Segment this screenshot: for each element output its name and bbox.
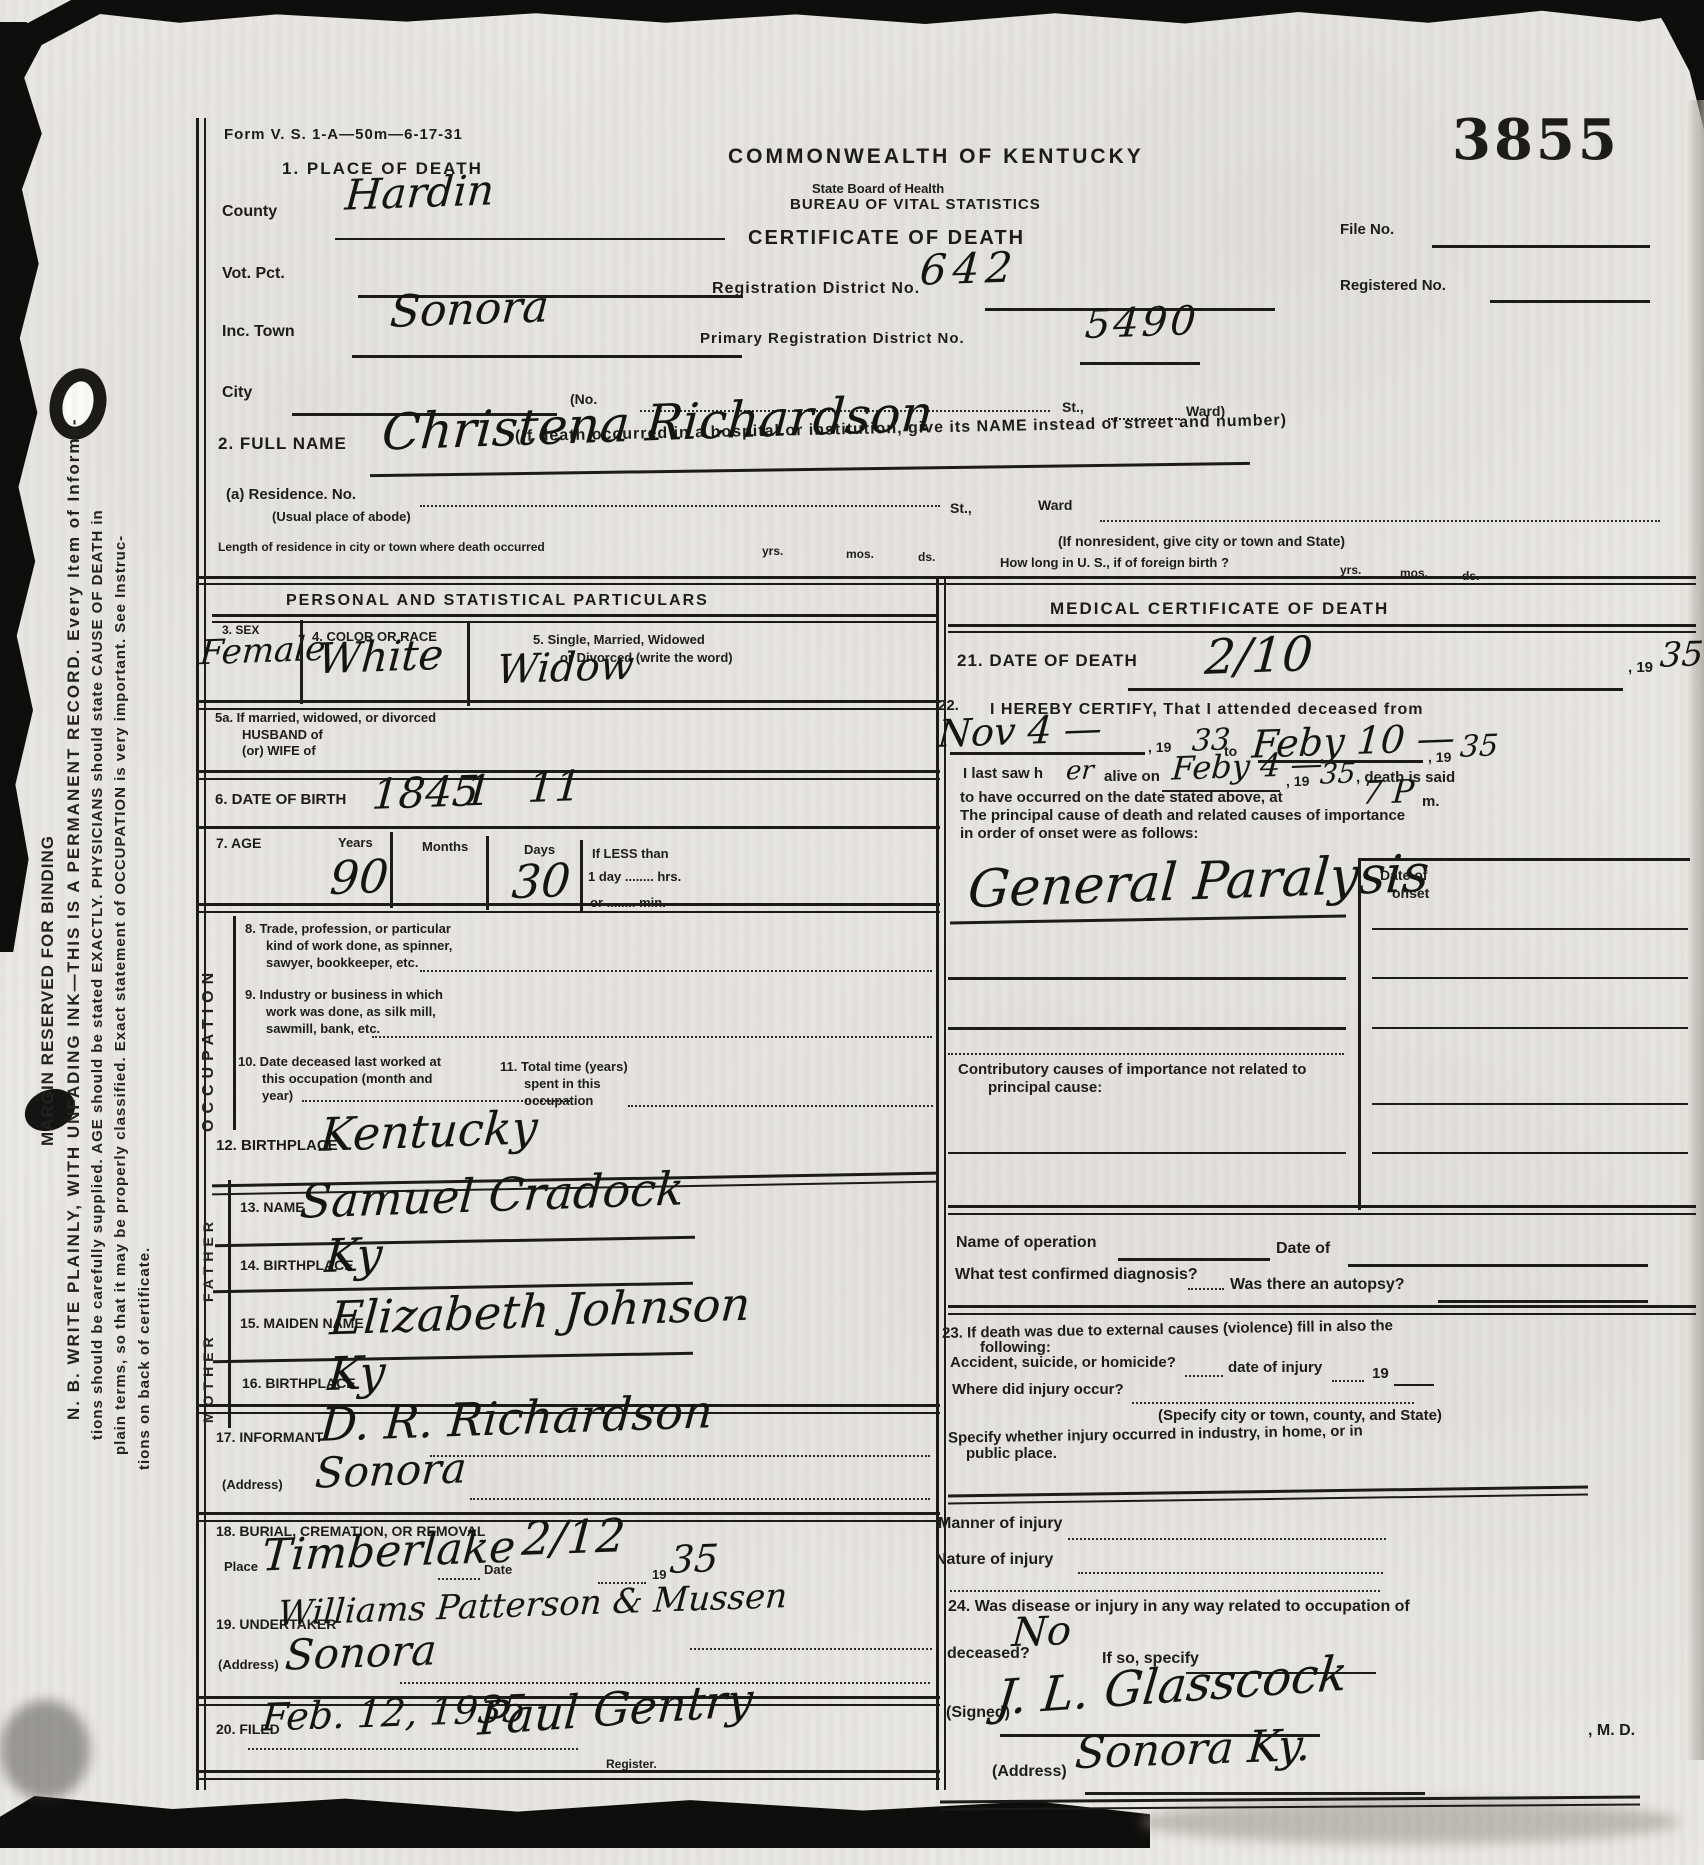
undertaker-address-value: Sonora: [284, 1629, 438, 1676]
right-title-rule-2: [948, 631, 1696, 633]
mother-birthplace-value: Ky: [326, 1349, 387, 1397]
scan-corner-smudge: [0, 1700, 90, 1800]
occupation-cell-divider: [233, 916, 236, 1130]
item8-line-3: sawyer, bookkeeper, etc.: [266, 956, 418, 970]
m-label: m.: [1422, 794, 1440, 811]
date-injury-label: date of injury: [1228, 1360, 1322, 1377]
attended-from-value: Nov 4 —: [937, 709, 1104, 753]
age-days-value: 30: [510, 857, 572, 905]
undertaker-dotted: [690, 1648, 932, 1650]
scan-top-edge: [82, 0, 1704, 24]
father-name-label: 13. NAME: [240, 1200, 305, 1215]
dob-month-value: 1: [464, 769, 494, 812]
manner-injury-dotted: [1068, 1538, 1386, 1540]
death-time-value: 7 P: [1361, 775, 1415, 809]
color-marital-divider: [467, 622, 470, 706]
primary-reg-value: 5490: [1084, 301, 1201, 345]
date-of-death-label: 21. DATE OF DEATH: [957, 652, 1138, 671]
residence-dotted-line: [420, 505, 940, 507]
form-number: Form V. S. 1-A—50m—6-17-31: [224, 127, 463, 144]
onset-seg-5: [1372, 1152, 1688, 1154]
registered-no-line: [1490, 300, 1650, 303]
item9-line-3: sawmill, bank, etc.: [266, 1022, 380, 1036]
age-divider-3: [580, 840, 583, 912]
column-divider-inner: [944, 578, 946, 1790]
item9-dotted-line: [372, 1036, 932, 1038]
nature-extra-dotted: [950, 1590, 1380, 1592]
age-divider-2: [486, 836, 489, 910]
full-name-value: Christena Richardson: [380, 388, 934, 457]
autopsy-line: [1438, 1300, 1648, 1303]
father-name-value: Samuel Cradock: [299, 1165, 686, 1225]
city-label: City: [222, 384, 252, 402]
item8-line-2: kind of work done, as spinner,: [266, 939, 452, 953]
margin-note-line-2: tions should be carefully supplied. AGE …: [89, 165, 106, 1440]
county-value: Hardin: [344, 169, 496, 216]
informant-dotted-line: [430, 1455, 930, 1457]
burial-date-value: 2/12: [520, 1512, 626, 1562]
principal-cause-text-2: in order of onset were as follows:: [960, 826, 1198, 843]
item5a-line-3: (or) WIFE of: [242, 744, 316, 758]
item11-line-2: spent in this: [524, 1077, 601, 1091]
specify-text-1: Specify whether injury occurred in indus…: [948, 1423, 1363, 1447]
father-name-rule: [215, 1236, 695, 1247]
county-line: [335, 238, 725, 240]
scan-left-torn-edge: [0, 22, 44, 952]
autopsy-rule-1: [948, 1305, 1696, 1308]
her-overwrite: er: [1065, 757, 1095, 784]
nonresident-dotted-line: [1100, 520, 1660, 522]
occurred-text: to have occurred on the date stated abov…: [960, 790, 1283, 807]
informant-value: D. R. Richardson: [319, 1388, 715, 1448]
injury-19-label: 19: [1372, 1366, 1389, 1383]
color-race-value: White: [317, 634, 445, 681]
row3-rule-1: [196, 700, 940, 703]
specify-city-note: (Specify city or town, county, and State…: [1158, 1408, 1442, 1425]
age-rule-1: [196, 903, 940, 906]
test-label: What test confirmed diagnosis?: [955, 1266, 1198, 1284]
nonresident-note: (If nonresident, give city or town and S…: [1058, 534, 1345, 549]
from-19-label: , 19: [1148, 740, 1171, 755]
nature-injury-label: Nature of injury: [935, 1551, 1053, 1569]
date-of-death-value: 2/10: [1203, 630, 1314, 682]
date-of-label: Date of: [1276, 1240, 1330, 1258]
item10-line-3: year): [262, 1089, 293, 1103]
form-bottom-rule-left-1: [196, 1770, 940, 1773]
mother-maiden-value: Elizabeth Johnson: [329, 1281, 752, 1342]
register-label: Register.: [606, 1758, 657, 1771]
column-divider-outer: [936, 578, 939, 1790]
manner-injury-label: Manner of injury: [938, 1515, 1062, 1533]
date-injury-dotted: [1332, 1380, 1364, 1382]
onset-seg-4: [1372, 1103, 1688, 1105]
to-19-label: , 19: [1428, 750, 1451, 765]
marital-value: Widow: [496, 646, 636, 691]
margin-note-line-3: plain terms, so that it may be properly …: [112, 150, 129, 1455]
informant-address-label: (Address): [222, 1478, 283, 1492]
date-of-death-line: [1128, 688, 1623, 691]
reg-district-label: Registration District No.: [712, 280, 920, 298]
ds2-label: ds.: [1462, 570, 1479, 583]
margin-note-line-1: N. B. WRITE PLAINLY, WITH UNFADING INK—T…: [64, 225, 84, 1420]
item9-line-1: 9. Industry or business in which: [245, 988, 443, 1002]
county-label: County: [222, 203, 277, 221]
birthplace-value: Kentucky: [318, 1104, 539, 1158]
length-residence-label: Length of residence in city or town wher…: [218, 541, 545, 554]
physician-address-label: (Address): [992, 1763, 1067, 1781]
test-dotted: [1188, 1288, 1224, 1290]
scan-left-diagonal: [8, 0, 117, 56]
physician-signature: J. L. Glasscock: [994, 1649, 1350, 1722]
occupation-vertical-label: OCCUPATION: [200, 922, 218, 1132]
inc-town-line: [352, 355, 742, 358]
informant-label: 17. INFORMANT: [216, 1430, 323, 1445]
parent-cell-divider: [228, 1180, 231, 1428]
operation-label: Name of operation: [956, 1234, 1096, 1252]
age-less-line-2: 1 day ........ hrs.: [588, 870, 681, 884]
alive-on-text: alive on: [1104, 769, 1160, 786]
to-year-value: 35: [1459, 731, 1499, 762]
autopsy-label: Was there an autopsy?: [1230, 1276, 1405, 1294]
dod-year-value: 35: [1659, 637, 1704, 673]
physician-address-value: Sonora Ky.: [1074, 1724, 1313, 1776]
date-of-line: [1348, 1264, 1648, 1267]
reg-district-value: 642: [919, 246, 1020, 292]
injury-19-line: [1394, 1384, 1434, 1386]
operation-line: [1118, 1258, 1270, 1261]
filed-dotted: [248, 1748, 578, 1750]
sex-color-divider: [300, 620, 303, 704]
specify-text-2: public place.: [966, 1446, 1057, 1463]
physician-address-line: [1085, 1792, 1425, 1795]
dob-label: 6. DATE OF BIRTH: [215, 792, 346, 809]
item11-line-1: 11. Total time (years): [500, 1060, 628, 1074]
item5a-line-1: 5a. If married, widowed, or divorced: [215, 711, 436, 725]
where-injury-dotted: [1132, 1402, 1414, 1404]
accident-label: Accident, suicide, or homicide?: [950, 1355, 1176, 1372]
certificate-number: 3855: [1452, 110, 1620, 172]
file-no-line: [1432, 245, 1650, 248]
commonwealth-title: COMMONWEALTH OF KENTUCKY: [728, 145, 1144, 168]
undertaker-address-label: (Address): [218, 1658, 279, 1672]
margin-note-line-4: tions on back of certificate.: [136, 1155, 153, 1470]
dob-day-value: 11: [527, 765, 583, 809]
file-no-label: File No.: [1340, 222, 1394, 239]
related-occupation-value: No: [1011, 1611, 1073, 1653]
scanned-death-certificate: MARGIN RESERVED FOR BINDING N. B. WRITE …: [0, 0, 1704, 1865]
autopsy-rule-2: [948, 1313, 1696, 1315]
state-board-subtitle: State Board of Health: [812, 182, 944, 196]
vot-pct-label: Vot. Pct.: [222, 265, 285, 283]
residence-label: (a) Residence. No.: [226, 487, 356, 504]
principal-cause-text-1: The principal cause of death and related…: [960, 808, 1405, 825]
mos1-label: mos.: [846, 548, 874, 561]
burial-place-label: Place: [224, 1560, 258, 1574]
dod-19-label: , 19: [1628, 660, 1653, 677]
yrs2-label: yrs.: [1340, 564, 1361, 577]
scan-right-streak: [1686, 100, 1704, 1760]
age-label: 7. AGE: [216, 836, 261, 851]
registered-no-label: Registered No.: [1340, 278, 1446, 295]
section-top-rule-2: [196, 583, 1696, 585]
item10-line-2: this occupation (month and: [262, 1072, 432, 1086]
burial-date-label: Date: [484, 1563, 512, 1577]
father-birthplace-value: Ky: [323, 1231, 384, 1279]
st-label: St.,: [1062, 400, 1084, 415]
scan-bottom-band: [0, 1796, 1150, 1848]
md-label: , M. D.: [1588, 1722, 1635, 1740]
inc-town-label: Inc. Town: [222, 323, 295, 341]
form-left-rule-outer: [196, 118, 199, 1790]
primary-reg-label: Primary Registration District No.: [700, 331, 965, 348]
ward2-label: Ward: [1038, 498, 1072, 513]
age-divider-1: [390, 832, 393, 908]
onset-seg-1: [1372, 928, 1688, 930]
cause-row-dotted: [948, 1053, 1344, 1055]
nature-injury-dotted: [1078, 1572, 1383, 1574]
ds1-label: ds.: [918, 551, 935, 564]
cause-row-line-1: [948, 977, 1346, 980]
item9-line-2: work was done, as silk mill,: [266, 1005, 436, 1019]
attended-from-line: [950, 752, 1145, 755]
informant-address-value: Sonora: [314, 1447, 468, 1494]
father-vertical-label: FATHER: [200, 1184, 216, 1302]
contributory-line: [948, 1152, 1346, 1154]
item8-dotted-line: [420, 970, 932, 972]
burial-year-value: 35: [669, 1539, 720, 1579]
last-saw-text: I last saw h: [963, 766, 1043, 783]
where-injury-label: Where did injury occur?: [952, 1382, 1124, 1399]
full-name-line: [370, 462, 1250, 477]
accident-dotted: [1185, 1375, 1223, 1377]
item11-dotted-line: [628, 1105, 933, 1107]
burial-place-dotted: [438, 1578, 480, 1580]
primary-reg-line: [1080, 362, 1200, 365]
medical-mid-rule-1: [948, 1205, 1696, 1208]
right-column-title: MEDICAL CERTIFICATE OF DEATH: [1050, 600, 1389, 619]
left-column-title: PERSONAL AND STATISTICAL PARTICULARS: [286, 592, 709, 610]
how-long-us-label: How long in U. S., if of foreign birth ?: [1000, 556, 1229, 570]
right-title-rule-1: [948, 624, 1696, 627]
item8-line-1: 8. Trade, profession, or particular: [245, 922, 451, 936]
age-years-value: 90: [328, 853, 390, 901]
undertaker-value: Williams Patterson & Mussen: [277, 1579, 788, 1631]
dob-rule: [196, 826, 940, 829]
onset-label-2: onset: [1392, 886, 1429, 901]
bureau-subtitle: BUREAU OF VITAL STATISTICS: [790, 197, 1041, 214]
age-years-header: Years: [338, 836, 373, 850]
st2-label: St.,: [950, 501, 972, 516]
abode-note: (Usual place of abode): [272, 510, 411, 524]
yrs1-label: yrs.: [762, 545, 783, 558]
left-title-rule-2: [212, 621, 938, 623]
ls-19-label: , 19: [1286, 774, 1309, 789]
onset-seg-2: [1372, 977, 1688, 979]
age-rule-2: [196, 911, 940, 913]
form-bottom-rule-left-2: [196, 1778, 940, 1780]
mother-name-rule: [213, 1352, 693, 1363]
onset-box-left-rule: [1358, 858, 1361, 1210]
onset-box-top-rule: [1358, 858, 1690, 861]
left-title-rule-1: [212, 614, 938, 617]
inc-town-value: Sonora: [389, 285, 551, 335]
contributory-text-2: principal cause:: [988, 1080, 1102, 1097]
full-name-label: 2. FULL NAME: [218, 435, 347, 454]
ls-year-value: 35: [1319, 759, 1357, 788]
mos2-label: mos.: [1400, 567, 1428, 580]
medical-mid-rule-2: [948, 1213, 1696, 1215]
age-months-header: Months: [422, 840, 468, 854]
contributory-text-1: Contributory causes of importance not re…: [958, 1062, 1306, 1079]
sex-value: Female: [199, 632, 327, 670]
cause-row-line-2: [948, 1027, 1346, 1030]
onset-seg-3: [1372, 1027, 1688, 1029]
margin-binding-label: MARGIN RESERVED FOR BINDING: [38, 856, 58, 1146]
burial-place-value: Timberlake: [261, 1526, 517, 1579]
item10-line-1: 10. Date deceased last worked at: [238, 1055, 441, 1069]
age-less-line-1: If LESS than: [592, 847, 669, 861]
item5a-line-2: HUSBAND of: [242, 728, 323, 742]
informant-address-dotted: [470, 1498, 930, 1500]
onset-label-1: Date of: [1380, 868, 1427, 883]
